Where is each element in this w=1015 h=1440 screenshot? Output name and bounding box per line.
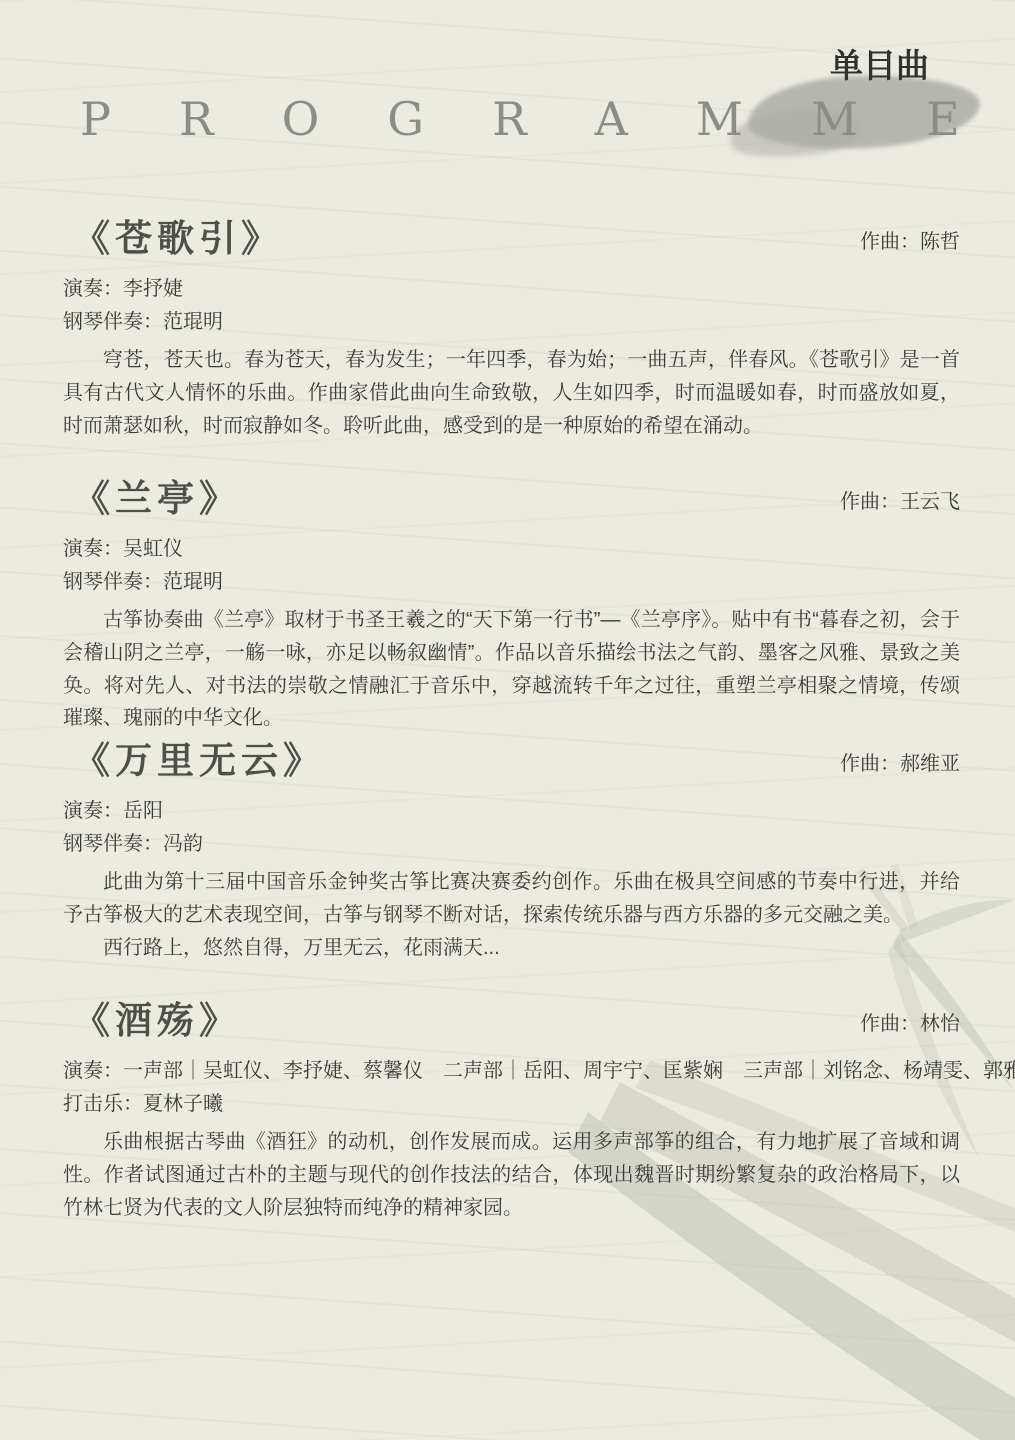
piece-description: 古筝协奏曲《兰亭》取材于书圣王羲之的“天下第一行书”—《兰亭序》。贴中有书“暮春… <box>63 604 960 734</box>
performer-line: 演奏：岳阳 <box>63 795 960 828</box>
description-paragraph: 西行路上，悠然自得，万里无云，花雨满天... <box>63 932 960 965</box>
piece-description: 穹苍，苍天也。春为苍天，春为发生；一年四季，春为始；一曲五声，伴春风。《苍歌引》… <box>63 344 960 442</box>
performer-line: 打击乐：夏林子曦 <box>63 1088 960 1121</box>
piece-section-lanting: 《兰亭》 作曲：王云飞 演奏：吴虹仪 钢琴伴奏：范琨明 古筝协奏曲《兰亭》取材于… <box>63 476 960 735</box>
description-paragraph: 穹苍，苍天也。春为苍天，春为发生；一年四季，春为始；一曲五声，伴春风。《苍歌引》… <box>63 344 960 442</box>
piece-section-canggeyin: 《苍歌引》 作曲：陈哲 演奏：李抒婕 钢琴伴奏：范琨明 穹苍，苍天也。春为苍天，… <box>63 216 960 442</box>
performer-line: 演奏：李抒婕 <box>63 273 960 306</box>
piece-header: 《万里无云》 作曲：郝维亚 <box>63 738 960 782</box>
piece-description: 此曲为第十三届中国音乐金钟奖古筝比赛决赛委约创作。乐曲在极具空间感的节奏中行进，… <box>63 866 960 964</box>
piece-composer: 作曲：王云飞 <box>840 485 960 514</box>
piece-performers: 演奏：一声部｜吴虹仪、李抒婕、蔡馨仪 二声部｜岳阳、周宇宁、匡紫娴 三声部｜刘铭… <box>63 1055 960 1121</box>
description-paragraph: 乐曲根据古琴曲《酒狂》的动机，创作发展而成。运用多声部筝的组合，有力地扩展了音域… <box>63 1126 960 1224</box>
piece-title: 《酒殇》 <box>73 998 241 1042</box>
performer-line: 演奏：吴虹仪 <box>63 533 960 566</box>
performer-line: 钢琴伴奏：范琨明 <box>63 566 960 599</box>
piece-title: 《万里无云》 <box>73 738 325 782</box>
programme-title-cn: 曲目单 <box>828 48 927 94</box>
piece-performers: 演奏：岳阳 钢琴伴奏：冯韵 <box>63 795 960 861</box>
performer-line: 钢琴伴奏：冯韵 <box>63 828 960 861</box>
piece-title: 《苍歌引》 <box>73 216 283 260</box>
piece-header: 《兰亭》 作曲：王云飞 <box>63 476 960 520</box>
piece-composer: 作曲：陈哲 <box>860 225 960 254</box>
programme-title-en: PROGRAMME <box>80 92 1015 146</box>
piece-header: 《酒殇》 作曲：林怡 <box>63 998 960 1042</box>
piece-description: 乐曲根据古琴曲《酒狂》的动机，创作发展而成。运用多声部筝的组合，有力地扩展了音域… <box>63 1126 960 1224</box>
performer-line: 演奏：一声部｜吴虹仪、李抒婕、蔡馨仪 二声部｜岳阳、周宇宁、匡紫娴 三声部｜刘铭… <box>63 1055 960 1088</box>
piece-section-wanliwuyun: 《万里无云》 作曲：郝维亚 演奏：岳阳 钢琴伴奏：冯韵 此曲为第十三届中国音乐金… <box>63 738 960 964</box>
piece-header: 《苍歌引》 作曲：陈哲 <box>63 216 960 260</box>
description-paragraph: 古筝协奏曲《兰亭》取材于书圣王羲之的“天下第一行书”—《兰亭序》。贴中有书“暮春… <box>63 604 960 734</box>
piece-performers: 演奏：吴虹仪 钢琴伴奏：范琨明 <box>63 533 960 599</box>
programme-page: PROGRAMME 曲目单 《苍歌引》 作曲：陈哲 演奏：李抒婕 钢琴伴奏：范琨… <box>0 0 1015 1440</box>
piece-title: 《兰亭》 <box>73 476 241 520</box>
performer-line: 钢琴伴奏：范琨明 <box>63 306 960 339</box>
piece-composer: 作曲：郝维亚 <box>840 747 960 776</box>
piece-performers: 演奏：李抒婕 钢琴伴奏：范琨明 <box>63 273 960 339</box>
piece-composer: 作曲：林怡 <box>860 1007 960 1036</box>
description-paragraph: 此曲为第十三届中国音乐金钟奖古筝比赛决赛委约创作。乐曲在极具空间感的节奏中行进，… <box>63 866 960 931</box>
piece-section-jiushang: 《酒殇》 作曲：林怡 演奏：一声部｜吴虹仪、李抒婕、蔡馨仪 二声部｜岳阳、周宇宁… <box>63 998 960 1224</box>
